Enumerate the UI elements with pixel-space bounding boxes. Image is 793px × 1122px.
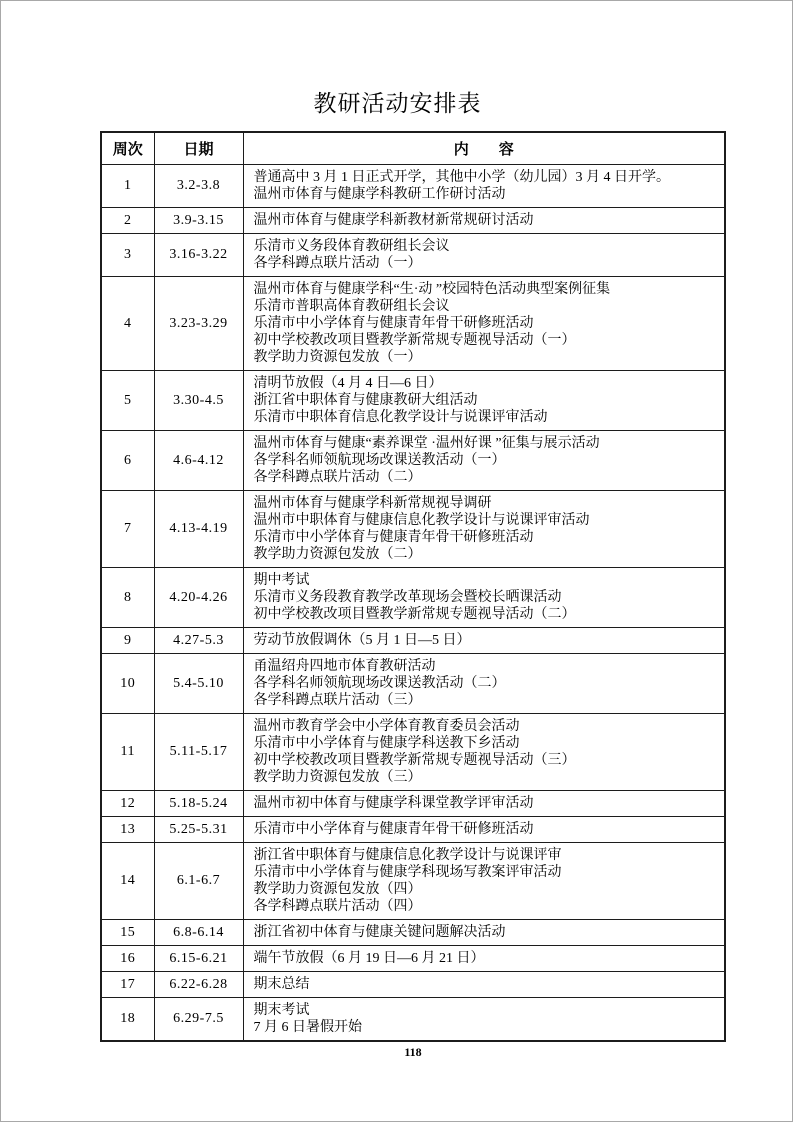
content-line: 教学助力资源包发放（四） [254,881,717,898]
date-cell: 4.6-4.12 [154,431,243,491]
table-row: 53.30-4.5清明节放假（4 月 4 日—6 日）浙江省中职体育与健康教研大… [101,371,725,431]
date-cell: 6.29-7.5 [154,998,243,1042]
content-line: 温州市教育学会中小学体育教育委员会活动 [254,718,717,735]
content-line: 乐清市中小学体育与健康青年骨干研修班活动 [254,821,717,838]
date-cell: 5.4-5.10 [154,654,243,714]
content-line: 期中考试 [254,572,717,589]
content-line: 初中学校教改项目暨教学新常规专题视导活动（三） [254,752,717,769]
header-date: 日期 [154,132,243,165]
content-line: 甬温绍舟四地市体育教研活动 [254,658,717,675]
week-cell: 13 [101,817,154,843]
content-cell: 乐清市中小学体育与健康青年骨干研修班活动 [243,817,725,843]
content-cell: 浙江省中职体育与健康信息化教学设计与说课评审乐清市中小学体育与健康学科现场写教案… [243,843,725,920]
table-row: 13.2-3.8普通高中 3 月 1 日正式开学，其他中小学（幼儿园）3 月 4… [101,165,725,208]
week-cell: 17 [101,972,154,998]
date-cell: 5.18-5.24 [154,791,243,817]
content-cell: 期末考试7 月 6 日暑假开始 [243,998,725,1042]
content-line: 乐清市中小学体育与健康青年骨干研修班活动 [254,529,717,546]
week-cell: 16 [101,946,154,972]
header-week: 周次 [101,132,154,165]
content-line: 清明节放假（4 月 4 日—6 日） [254,375,717,392]
content-line: 各学科蹲点联片活动（二） [254,469,717,486]
date-cell: 5.11-5.17 [154,714,243,791]
content-line: 教学助力资源包发放（二） [254,546,717,563]
table-row: 135.25-5.31乐清市中小学体育与健康青年骨干研修班活动 [101,817,725,843]
content-line: 劳动节放假调休（5 月 1 日—5 日） [254,632,717,649]
content-line: 端午节放假（6 月 19 日—6 月 21 日） [254,950,717,967]
content-cell: 端午节放假（6 月 19 日—6 月 21 日） [243,946,725,972]
date-cell: 6.15-6.21 [154,946,243,972]
table-row: 43.23-3.29温州市体育与健康学科“生·动 ”校园特色活动典型案例征集乐清… [101,277,725,371]
week-cell: 6 [101,431,154,491]
table-row: 156.8-6.14浙江省初中体育与健康关键问题解决活动 [101,920,725,946]
week-cell: 1 [101,165,154,208]
content-line: 浙江省初中体育与健康关键问题解决活动 [254,924,717,941]
content-line: 7 月 6 日暑假开始 [254,1019,717,1036]
date-cell: 4.20-4.26 [154,568,243,628]
content-line: 乐清市中小学体育与健康青年骨干研修班活动 [254,315,717,332]
content-cell: 期末总结 [243,972,725,998]
content-line: 各学科蹲点联片活动（四） [254,898,717,915]
content-cell: 温州市体育与健康学科新常规视导调研温州市中职体育与健康信息化教学设计与说课评审活… [243,491,725,568]
content-line: 乐清市中小学体育与健康学科现场写教案评审活动 [254,864,717,881]
content-line: 初中学校教改项目暨教学新常规专题视导活动（一） [254,332,717,349]
table-row: 94.27-5.3劳动节放假调休（5 月 1 日—5 日） [101,628,725,654]
content-line: 各学科名师领航现场改课送教活动（二） [254,675,717,692]
content-line: 乐清市义务段教育教学改革现场会暨校长晒课活动 [254,589,717,606]
table-row: 186.29-7.5期末考试7 月 6 日暑假开始 [101,998,725,1042]
week-cell: 5 [101,371,154,431]
content-cell: 期中考试乐清市义务段教育教学改革现场会暨校长晒课活动初中学校教改项目暨教学新常规… [243,568,725,628]
table-row: 33.16-3.22乐清市义务段体育教研组长会议各学科蹲点联片活动（一） [101,234,725,277]
content-line: 温州市体育与健康学科“生·动 ”校园特色活动典型案例征集 [254,281,717,298]
content-cell: 温州市体育与健康学科新教材新常规研讨活动 [243,208,725,234]
content-cell: 甬温绍舟四地市体育教研活动各学科名师领航现场改课送教活动（二）各学科蹲点联片活动… [243,654,725,714]
content-line: 教学助力资源包发放（三） [254,769,717,786]
content-line: 乐清市中职体育信息化教学设计与说课评审活动 [254,409,717,426]
content-line: 浙江省中职体育与健康信息化教学设计与说课评审 [254,847,717,864]
week-cell: 12 [101,791,154,817]
table-row: 23.9-3.15温州市体育与健康学科新教材新常规研讨活动 [101,208,725,234]
content-line: 各学科蹲点联片活动（一） [254,255,717,272]
content-line: 温州市体育与健康学科教研工作研讨活动 [254,186,717,203]
date-cell: 3.30-4.5 [154,371,243,431]
week-cell: 15 [101,920,154,946]
content-line: 初中学校教改项目暨教学新常规专题视导活动（二） [254,606,717,623]
week-cell: 14 [101,843,154,920]
content-line: 期末总结 [254,976,717,993]
content-line: 温州市体育与健康“素养课堂 ·温州好课 ”征集与展示活动 [254,435,717,452]
content-line: 温州市体育与健康学科新教材新常规研讨活动 [254,212,717,229]
date-cell: 3.16-3.22 [154,234,243,277]
week-cell: 7 [101,491,154,568]
content-line: 温州市初中体育与健康学科课堂教学评审活动 [254,795,717,812]
header-row: 周次 日期 内 容 [101,132,725,165]
content-cell: 温州市体育与健康学科“生·动 ”校园特色活动典型案例征集乐清市普职高体育教研组长… [243,277,725,371]
week-cell: 11 [101,714,154,791]
content-line: 期末考试 [254,1002,717,1019]
content-line: 普通高中 3 月 1 日正式开学，其他中小学（幼儿园）3 月 4 日开学。 [254,169,717,186]
page-number: 118 [100,1045,726,1060]
table-row: 64.6-4.12温州市体育与健康“素养课堂 ·温州好课 ”征集与展示活动各学科… [101,431,725,491]
content-cell: 浙江省初中体育与健康关键问题解决活动 [243,920,725,946]
content-cell: 温州市教育学会中小学体育教育委员会活动乐清市中小学体育与健康学科送教下乡活动初中… [243,714,725,791]
content-line: 教学助力资源包发放（一） [254,349,717,366]
date-cell: 6.1-6.7 [154,843,243,920]
table-row: 146.1-6.7浙江省中职体育与健康信息化教学设计与说课评审乐清市中小学体育与… [101,843,725,920]
content-cell: 乐清市义务段体育教研组长会议各学科蹲点联片活动（一） [243,234,725,277]
content-line: 乐清市普职高体育教研组长会议 [254,298,717,315]
document-page: 教研活动安排表 周次 日期 内 容 13.2-3.8普通高中 3 月 1 日正式… [0,0,793,1122]
table-header: 周次 日期 内 容 [101,132,725,165]
table-row: 105.4-5.10甬温绍舟四地市体育教研活动各学科名师领航现场改课送教活动（二… [101,654,725,714]
week-cell: 2 [101,208,154,234]
week-cell: 10 [101,654,154,714]
table-row: 176.22-6.28期末总结 [101,972,725,998]
content-line: 乐清市中小学体育与健康学科送教下乡活动 [254,735,717,752]
content-cell: 劳动节放假调休（5 月 1 日—5 日） [243,628,725,654]
schedule-table-body: 13.2-3.8普通高中 3 月 1 日正式开学，其他中小学（幼儿园）3 月 4… [101,165,725,1042]
content-cell: 温州市体育与健康“素养课堂 ·温州好课 ”征集与展示活动各学科名师领航现场改课送… [243,431,725,491]
week-cell: 9 [101,628,154,654]
table-row: 74.13-4.19温州市体育与健康学科新常规视导调研温州市中职体育与健康信息化… [101,491,725,568]
date-cell: 4.13-4.19 [154,491,243,568]
week-cell: 4 [101,277,154,371]
table-row: 84.20-4.26期中考试乐清市义务段教育教学改革现场会暨校长晒课活动初中学校… [101,568,725,628]
page-title: 教研活动安排表 [1,85,793,118]
table-row: 125.18-5.24温州市初中体育与健康学科课堂教学评审活动 [101,791,725,817]
content-line: 乐清市义务段体育教研组长会议 [254,238,717,255]
header-content: 内 容 [243,132,725,165]
date-cell: 3.2-3.8 [154,165,243,208]
content-line: 浙江省中职体育与健康教研大组活动 [254,392,717,409]
table-row: 166.15-6.21端午节放假（6 月 19 日—6 月 21 日） [101,946,725,972]
content-cell: 清明节放假（4 月 4 日—6 日）浙江省中职体育与健康教研大组活动乐清市中职体… [243,371,725,431]
date-cell: 6.8-6.14 [154,920,243,946]
content-cell: 普通高中 3 月 1 日正式开学，其他中小学（幼儿园）3 月 4 日开学。温州市… [243,165,725,208]
week-cell: 8 [101,568,154,628]
week-cell: 18 [101,998,154,1042]
table-row: 115.11-5.17温州市教育学会中小学体育教育委员会活动乐清市中小学体育与健… [101,714,725,791]
content-line: 各学科名师领航现场改课送教活动（一） [254,452,717,469]
content-cell: 温州市初中体育与健康学科课堂教学评审活动 [243,791,725,817]
date-cell: 6.22-6.28 [154,972,243,998]
date-cell: 5.25-5.31 [154,817,243,843]
content-line: 温州市中职体育与健康信息化教学设计与说课评审活动 [254,512,717,529]
date-cell: 4.27-5.3 [154,628,243,654]
week-cell: 3 [101,234,154,277]
schedule-table: 周次 日期 内 容 13.2-3.8普通高中 3 月 1 日正式开学，其他中小学… [100,131,726,1042]
content-line: 各学科蹲点联片活动（三） [254,692,717,709]
content-line: 温州市体育与健康学科新常规视导调研 [254,495,717,512]
date-cell: 3.23-3.29 [154,277,243,371]
date-cell: 3.9-3.15 [154,208,243,234]
